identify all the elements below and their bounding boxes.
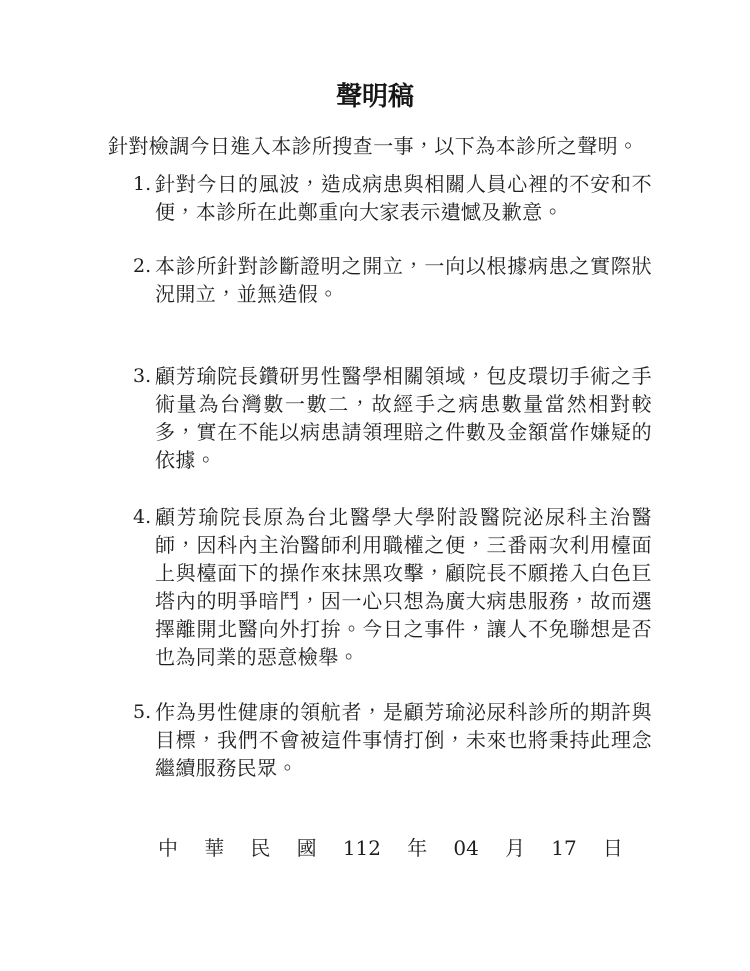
item-number: 5. <box>133 698 155 726</box>
item-text: 本診所針對診斷證明之開立，一向以根據病患之實際狀況開立，並無造假。 <box>155 252 652 308</box>
statement-list: 1. 針對今日的風波，造成病患與相關人員心裡的不安和不便，本診所在此鄭重向大家表… <box>0 170 750 782</box>
date-line: 中 華 民 國 112 年 04 月 17 日 <box>158 834 623 862</box>
statement-item-4: 4. 顧芳瑜院長原為台北醫學大學附設醫院泌尿科主治醫師，因科內主治醫師利用職權之… <box>0 503 750 671</box>
statement-item-3: 3. 顧芳瑜院長鑽研男性醫學相關領域，包皮環切手術之手術量為台灣數一數二，故經手… <box>0 362 750 474</box>
item-text: 顧芳瑜院長鑽研男性醫學相關領域，包皮環切手術之手術量為台灣數一數二，故經手之病患… <box>155 362 652 474</box>
date-token: 中 <box>158 834 178 862</box>
statement-item-5: 5. 作為男性健康的領航者，是顧芳瑜泌尿科診所的期許與目標，我們不會被這件事情打… <box>0 698 750 782</box>
date-token: 民 <box>250 834 270 862</box>
document-title: 聲明稿 <box>0 80 750 114</box>
date-token-month-label: 月 <box>505 834 525 862</box>
item-number: 2. <box>133 252 155 280</box>
item-text: 針對今日的風波，造成病患與相關人員心裡的不安和不便，本診所在此鄭重向大家表示遺憾… <box>155 170 652 226</box>
statement-item-2: 2. 本診所針對診斷證明之開立，一向以根據病患之實際狀況開立，並無造假。 <box>0 252 750 308</box>
date-token-day-value: 17 <box>551 834 576 862</box>
item-number: 4. <box>133 503 155 531</box>
item-number: 3. <box>133 362 155 390</box>
date-token-month-value: 04 <box>453 834 478 862</box>
date-token-year-label: 年 <box>407 834 427 862</box>
item-number: 1. <box>133 170 155 198</box>
item-text: 作為男性健康的領航者，是顧芳瑜泌尿科診所的期許與目標，我們不會被這件事情打倒，未… <box>155 698 652 782</box>
statement-document-page: 聲明稿 針對檢調今日進入本診所搜查一事，以下為本診所之聲明。 1. 針對今日的風… <box>0 0 750 971</box>
date-token: 國 <box>297 834 317 862</box>
intro-paragraph: 針對檢調今日進入本診所搜查一事，以下為本診所之聲明。 <box>108 132 750 160</box>
statement-item-1: 1. 針對今日的風波，造成病患與相關人員心裡的不安和不便，本診所在此鄭重向大家表… <box>0 170 750 226</box>
item-text: 顧芳瑜院長原為台北醫學大學附設醫院泌尿科主治醫師，因科內主治醫師利用職權之便，三… <box>155 503 652 671</box>
date-token: 華 <box>204 834 224 862</box>
date-token-day-label: 日 <box>603 834 623 862</box>
date-token-year-value: 112 <box>343 834 381 862</box>
